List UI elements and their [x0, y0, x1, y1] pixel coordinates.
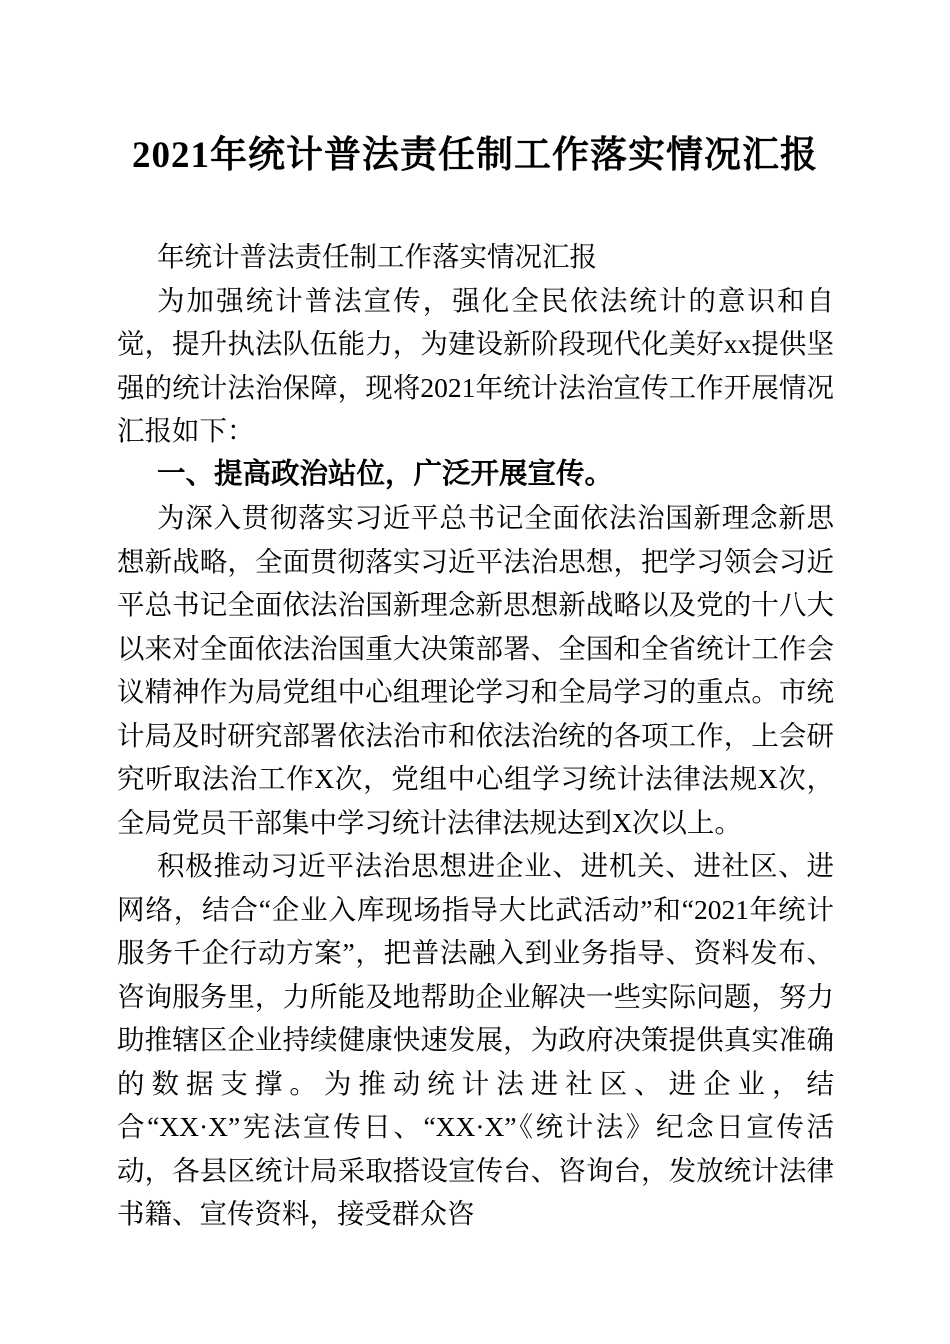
paragraph-section1-promotion: 积极推动习近平法治思想进企业、进机关、进社区、进网络，结合“企业入库现场指导大比… [117, 844, 834, 1236]
section-heading-1: 一、提高政治站位，广泛开展宣传。 [117, 453, 834, 497]
doc-body: 年统计普法责任制工作落实情况汇报 为加强统计普法宣传，强化全民依法统计的意识和自… [117, 235, 834, 1236]
doc-title: 2021年统计普法责任制工作落实情况汇报 [0, 0, 950, 184]
paragraph-section1-theory-study: 为深入贯彻落实习近平总书记全面依法治国新理念新思想新战略，全面贯彻落实习近平法治… [117, 496, 834, 844]
paragraph-intro: 为加强统计普法宣传，强化全民依法统计的意识和自觉，提升执法队伍能力，为建设新阶段… [117, 279, 834, 453]
document-page: 2021年统计普法责任制工作落实情况汇报 年统计普法责任制工作落实情况汇报 为加… [0, 0, 950, 1344]
paragraph-subtitle-line: 年统计普法责任制工作落实情况汇报 [117, 235, 834, 279]
